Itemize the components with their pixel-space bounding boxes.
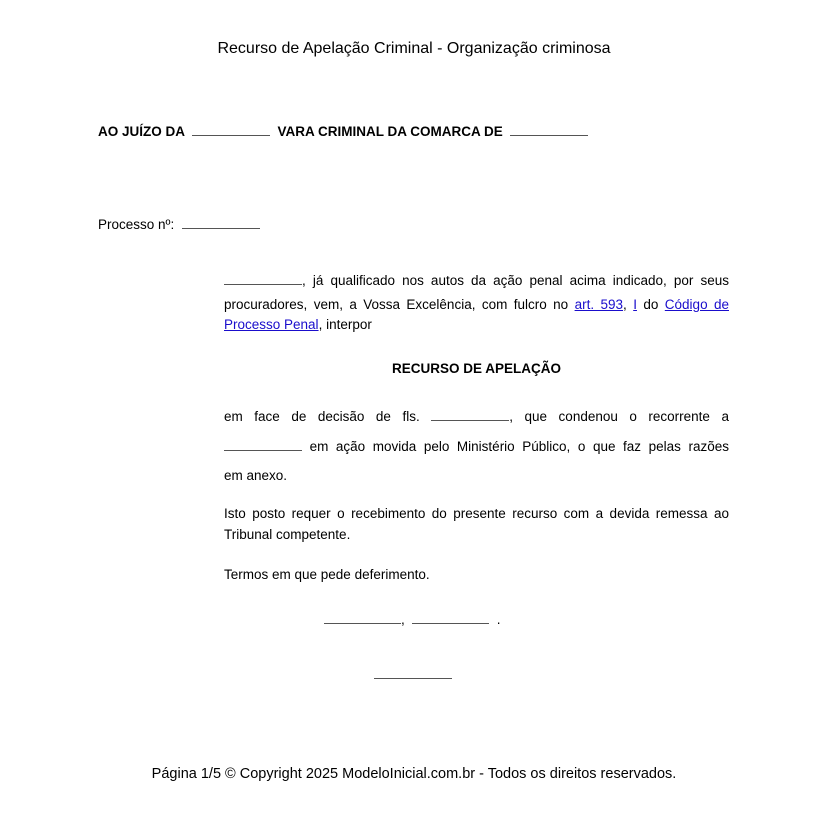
paragraph-decision-line3: em anexo. [224, 461, 729, 491]
link-item-i[interactable]: I [633, 297, 637, 312]
separator: , [623, 297, 627, 312]
place-date-line: , . [324, 612, 501, 627]
blank-field-sentence [224, 440, 302, 451]
blank-field-signature [374, 668, 452, 679]
link-codigo-processo-penal-part1[interactable]: Código de [665, 297, 729, 312]
intro-text-do: do [643, 297, 658, 312]
document-header-title: Recurso de Apelação Criminal - Organizaç… [0, 40, 828, 58]
intro-text-1: , já qualificado nos autos da ação penal… [302, 273, 729, 288]
paragraph-intro: , já qualificado nos autos da ação penal… [224, 266, 729, 335]
link-art-593[interactable]: art. 593 [575, 297, 623, 312]
decision-text-3: em ação movida pelo Ministério Público, … [310, 439, 729, 454]
process-number-line: Processo nº: [98, 217, 260, 232]
addressee-part2: VARA CRIMINAL DA COMARCA DE [278, 124, 503, 139]
intro-text-2: procuradores, vem, a Vossa Excelência, c… [224, 297, 568, 312]
paragraph-closing: Termos em que pede deferimento. [224, 567, 729, 582]
blank-field-comarca [510, 125, 588, 136]
blank-field-date [412, 613, 489, 624]
blank-field-vara [192, 125, 270, 136]
paragraph-decision-line1: em face de decisão de fls. , que condeno… [224, 402, 729, 432]
paragraph-intro-line1: , já qualificado nos autos da ação penal… [224, 266, 729, 295]
page-footer: Página 1/5 © Copyright 2025 ModeloInicia… [0, 766, 828, 782]
blank-field-place [324, 613, 401, 624]
comma: , [401, 612, 405, 627]
addressee-line: AO JUÍZO DA VARA CRIMINAL DA COMARCA DE [98, 124, 588, 139]
signature-line [374, 666, 452, 684]
decision-text-2: , que condenou o recorrente a [509, 409, 729, 424]
blank-field-process-number [182, 218, 260, 229]
paragraph-decision-line2: em ação movida pelo Ministério Público, … [224, 432, 729, 462]
intro-text-3: , interpor [319, 317, 372, 332]
blank-field-fls [431, 410, 509, 421]
link-codigo-processo-penal-part2[interactable]: Processo Penal [224, 317, 319, 332]
appeal-title: RECURSO DE APELAÇÃO [224, 361, 729, 376]
paragraph-request: Isto posto requer o recebimento do prese… [224, 503, 729, 545]
blank-field-appellant [224, 274, 302, 285]
process-label: Processo nº: [98, 217, 174, 232]
addressee-part1: AO JUÍZO DA [98, 124, 185, 139]
paragraph-intro-line3: Processo Penal, interpor [224, 315, 729, 335]
paragraph-decision: em face de decisão de fls. , que condeno… [224, 402, 729, 491]
decision-text-1: em face de decisão de fls. [224, 409, 420, 424]
paragraph-intro-line2: procuradores, vem, a Vossa Excelência, c… [224, 295, 729, 315]
period: . [497, 612, 501, 627]
